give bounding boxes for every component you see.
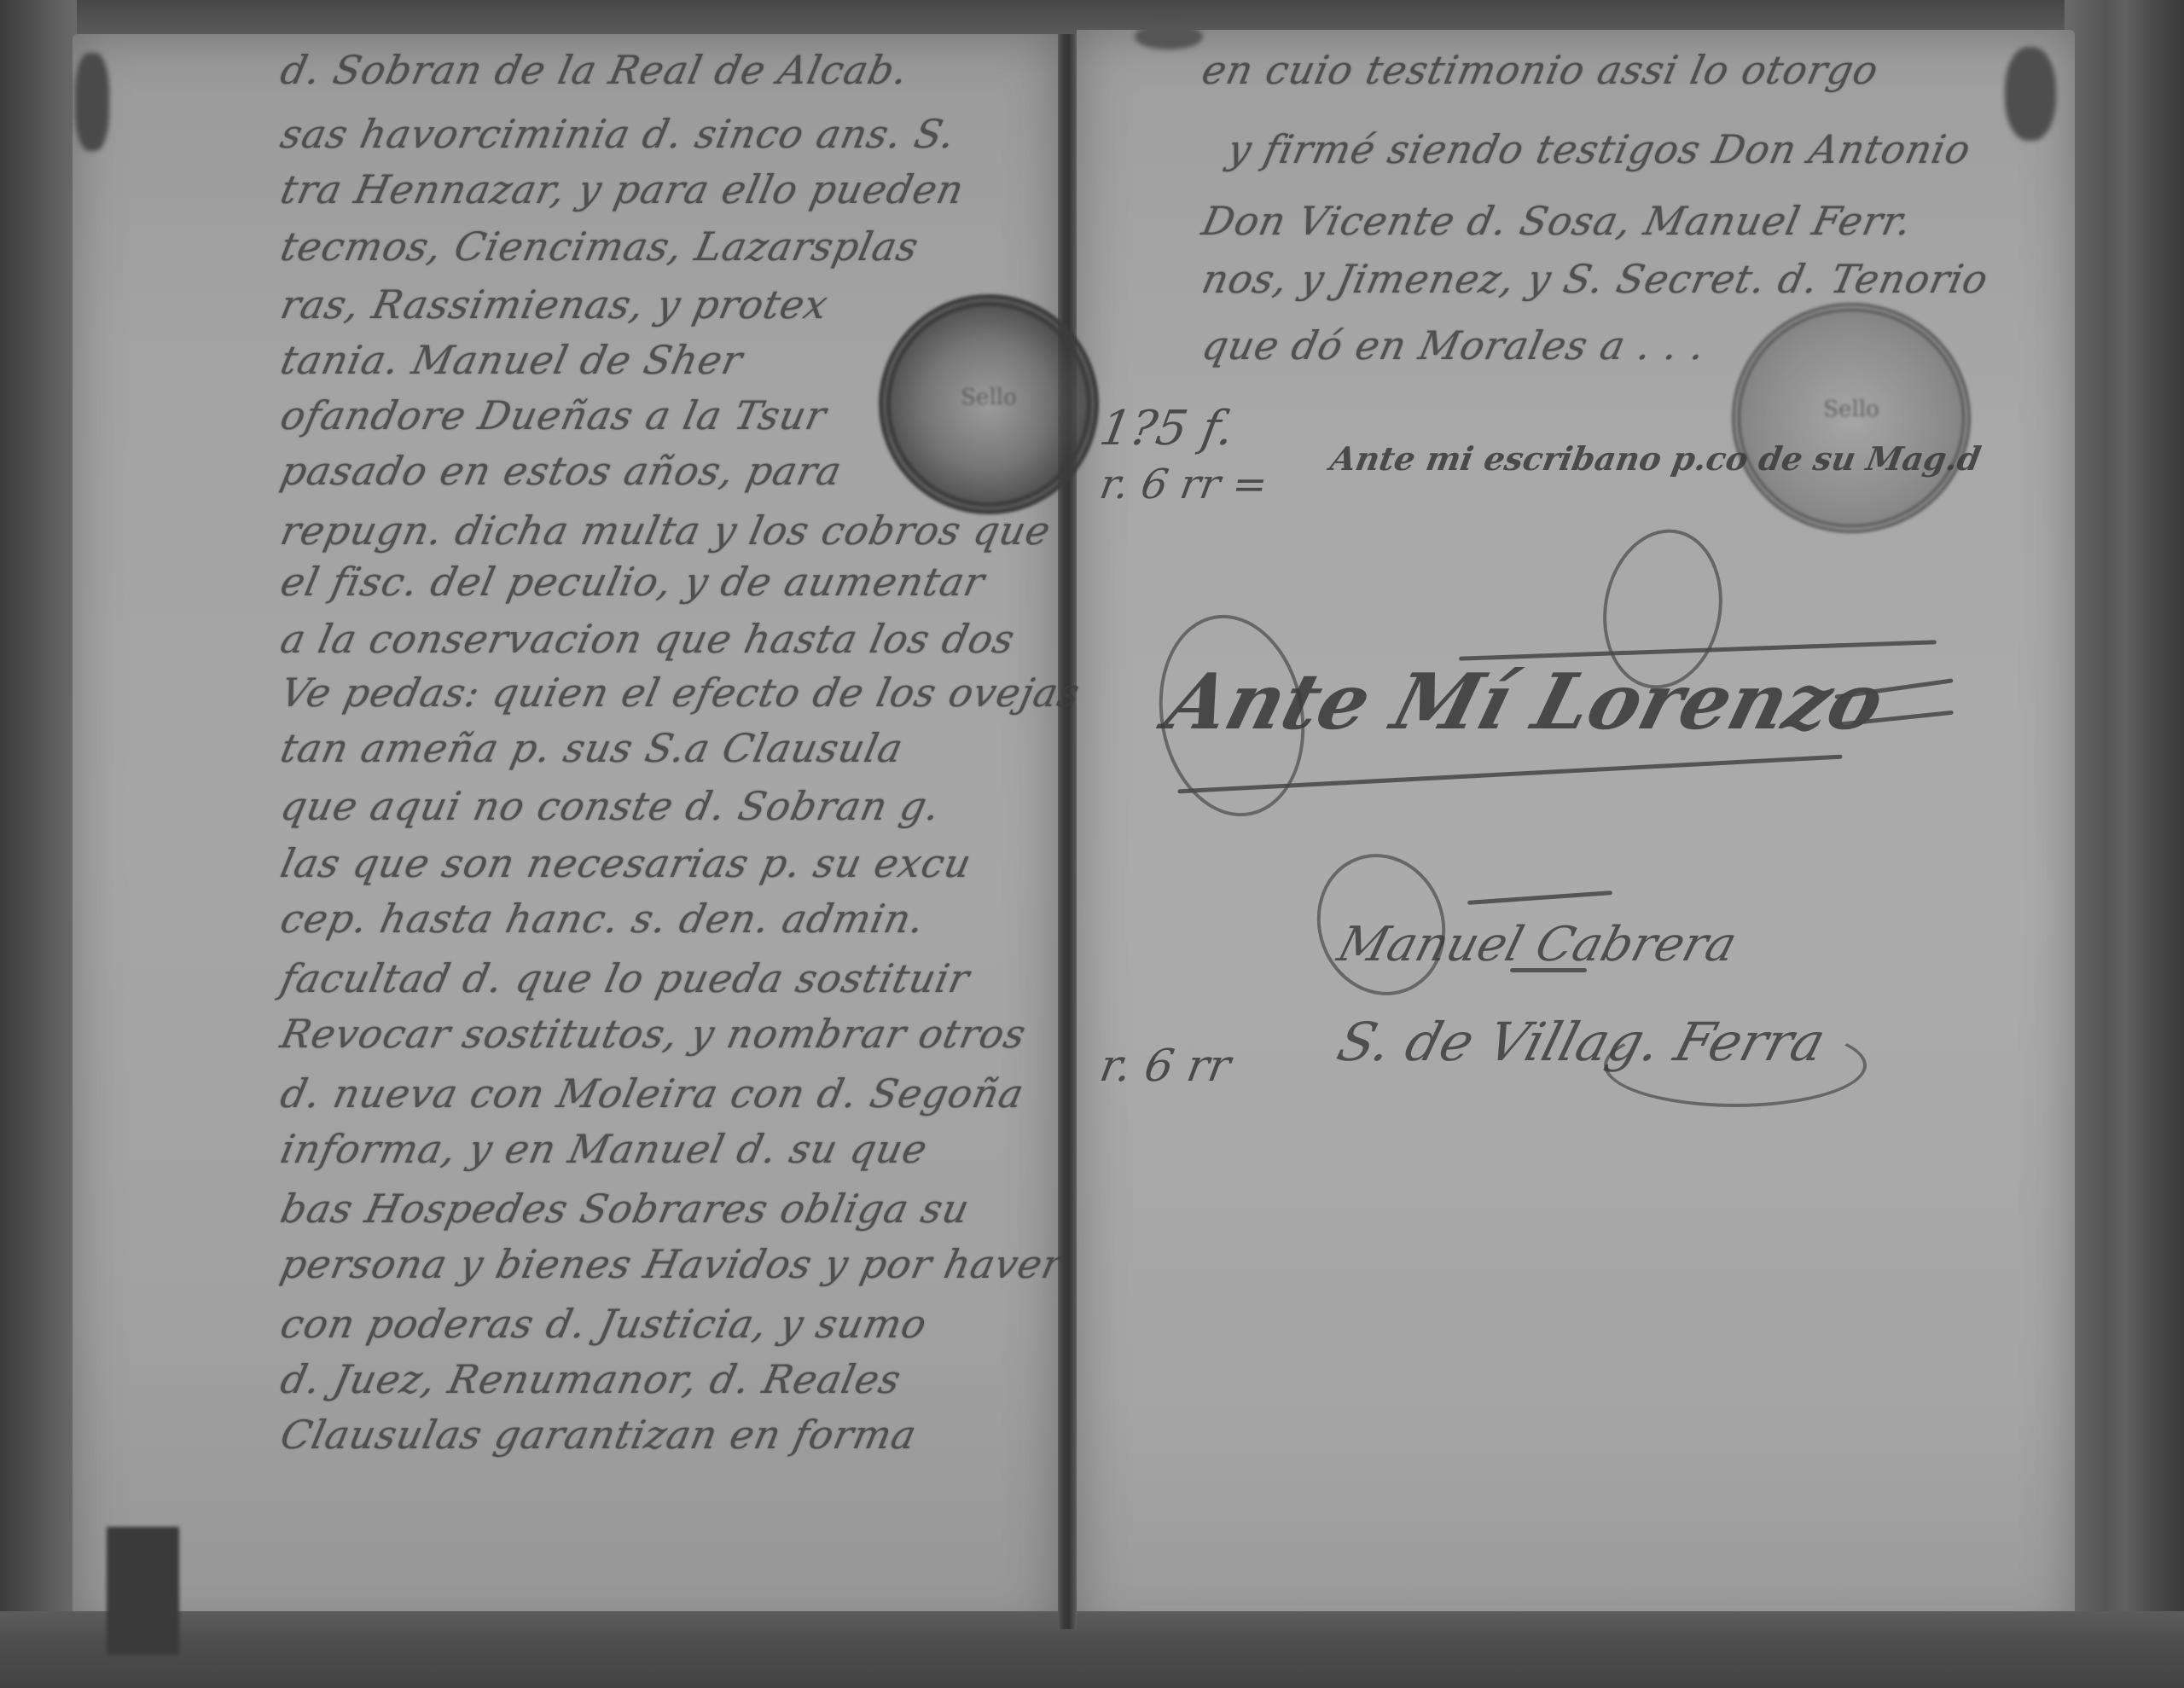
text-line: Clausulas garantizan en forma: [276, 1412, 921, 1458]
text-line: el fisc. del peculio, y de aumentar: [276, 559, 989, 605]
binding-tab: [107, 1527, 179, 1655]
paper-damage-top-center: [1135, 24, 1203, 49]
text-line: en cuio testimonio assi lo otorgo: [1198, 47, 1883, 93]
text-line: d. Juez, Renumanor, d. Reales: [276, 1356, 905, 1402]
text-line: ras, Rassimienas, y protex: [276, 281, 833, 328]
text-line: pasado en estos años, para: [276, 448, 846, 494]
text-line: repugn. dicha multa y los cobros que: [276, 508, 1055, 554]
text-line: tra Hennazar, y para ello pueden: [276, 166, 968, 212]
text-line: las que son necesarias p. su excu: [276, 840, 976, 886]
witness-signature: Manuel Cabrera: [1332, 917, 1742, 972]
text-line: tania. Manuel de Sher: [276, 337, 746, 383]
seal-label: Sello: [1740, 397, 1962, 422]
text-line: Ve pedas: quien el efecto de los ovejas: [276, 670, 1084, 716]
text-line: Don Vicente d. Sosa, Manuel Ferr.: [1198, 198, 1916, 244]
witness-signature: S. de Villag. Ferra: [1331, 1011, 1832, 1073]
text-line: tan ameña p. sus S.a Clausula: [276, 725, 908, 771]
book-edge-bottom: [0, 1611, 2184, 1688]
text-line: tecmos, Ciencimas, Lazarsplas: [276, 223, 923, 270]
text-line: facultad d. que lo pueda sostituir: [276, 955, 973, 1001]
text-line: ofandore Dueñas a la Tsur: [276, 392, 831, 438]
wax-seal-left: Sello: [879, 294, 1099, 514]
margin-note: r. 6 rr: [1096, 1041, 1234, 1092]
text-line: persona y bienes Havidos y por haver: [276, 1241, 1066, 1287]
book-edge-top: [0, 0, 2184, 34]
text-line: nos, y Jimenez, y S. Secret. d. Tenorio: [1198, 256, 1992, 302]
seal-label: Sello: [891, 385, 1087, 410]
document-scan: d. Sobran de la Real de Alcab. sas havor…: [0, 0, 2184, 1688]
folio-note: 1?5 f.: [1095, 401, 1238, 456]
text-line: bas Hospedes Sobrares obliga su: [276, 1186, 973, 1232]
text-line: con poderas d. Justicia, y sumo: [276, 1301, 932, 1347]
text-line: que aqui no conste d. Sobran g.: [276, 783, 944, 829]
text-line: que dó en Morales a . . .: [1198, 322, 1710, 368]
book-edge-left: [0, 0, 77, 1688]
text-line: a la conservacion que hasta los dos: [276, 616, 1019, 662]
text-line: cep. hasta hanc. s. den. admin.: [276, 896, 929, 942]
text-line: y firmé siendo testigos Don Antonio: [1223, 126, 1975, 172]
notary-signature: Ante Mí Lorenzo: [1157, 657, 1894, 747]
ink-stain-top-right: [2005, 47, 2056, 141]
text-line: d. Sobran de la Real de Alcab.: [276, 47, 913, 93]
text-line: informa, y en Manuel d. su que: [276, 1126, 932, 1172]
ink-stain-top-left: [75, 53, 109, 151]
notary-line: Ante mi escribano p.co de su Mag.d: [1327, 439, 1984, 478]
book-edge-right: [2065, 0, 2184, 1688]
text-line: d. nueva con Moleira con d. Segoña: [276, 1070, 1028, 1117]
signature-rule: [1510, 968, 1587, 972]
text-line: sas havorciminia d. sinco ans. S.: [276, 111, 960, 157]
page-gutter: [1058, 34, 1077, 1629]
text-line: Revocar sostitutos, y nombrar otros: [276, 1011, 1031, 1057]
folio-mark: r. 6 rr =: [1096, 461, 1271, 508]
stamp-seal-right: Sello: [1732, 303, 1971, 533]
